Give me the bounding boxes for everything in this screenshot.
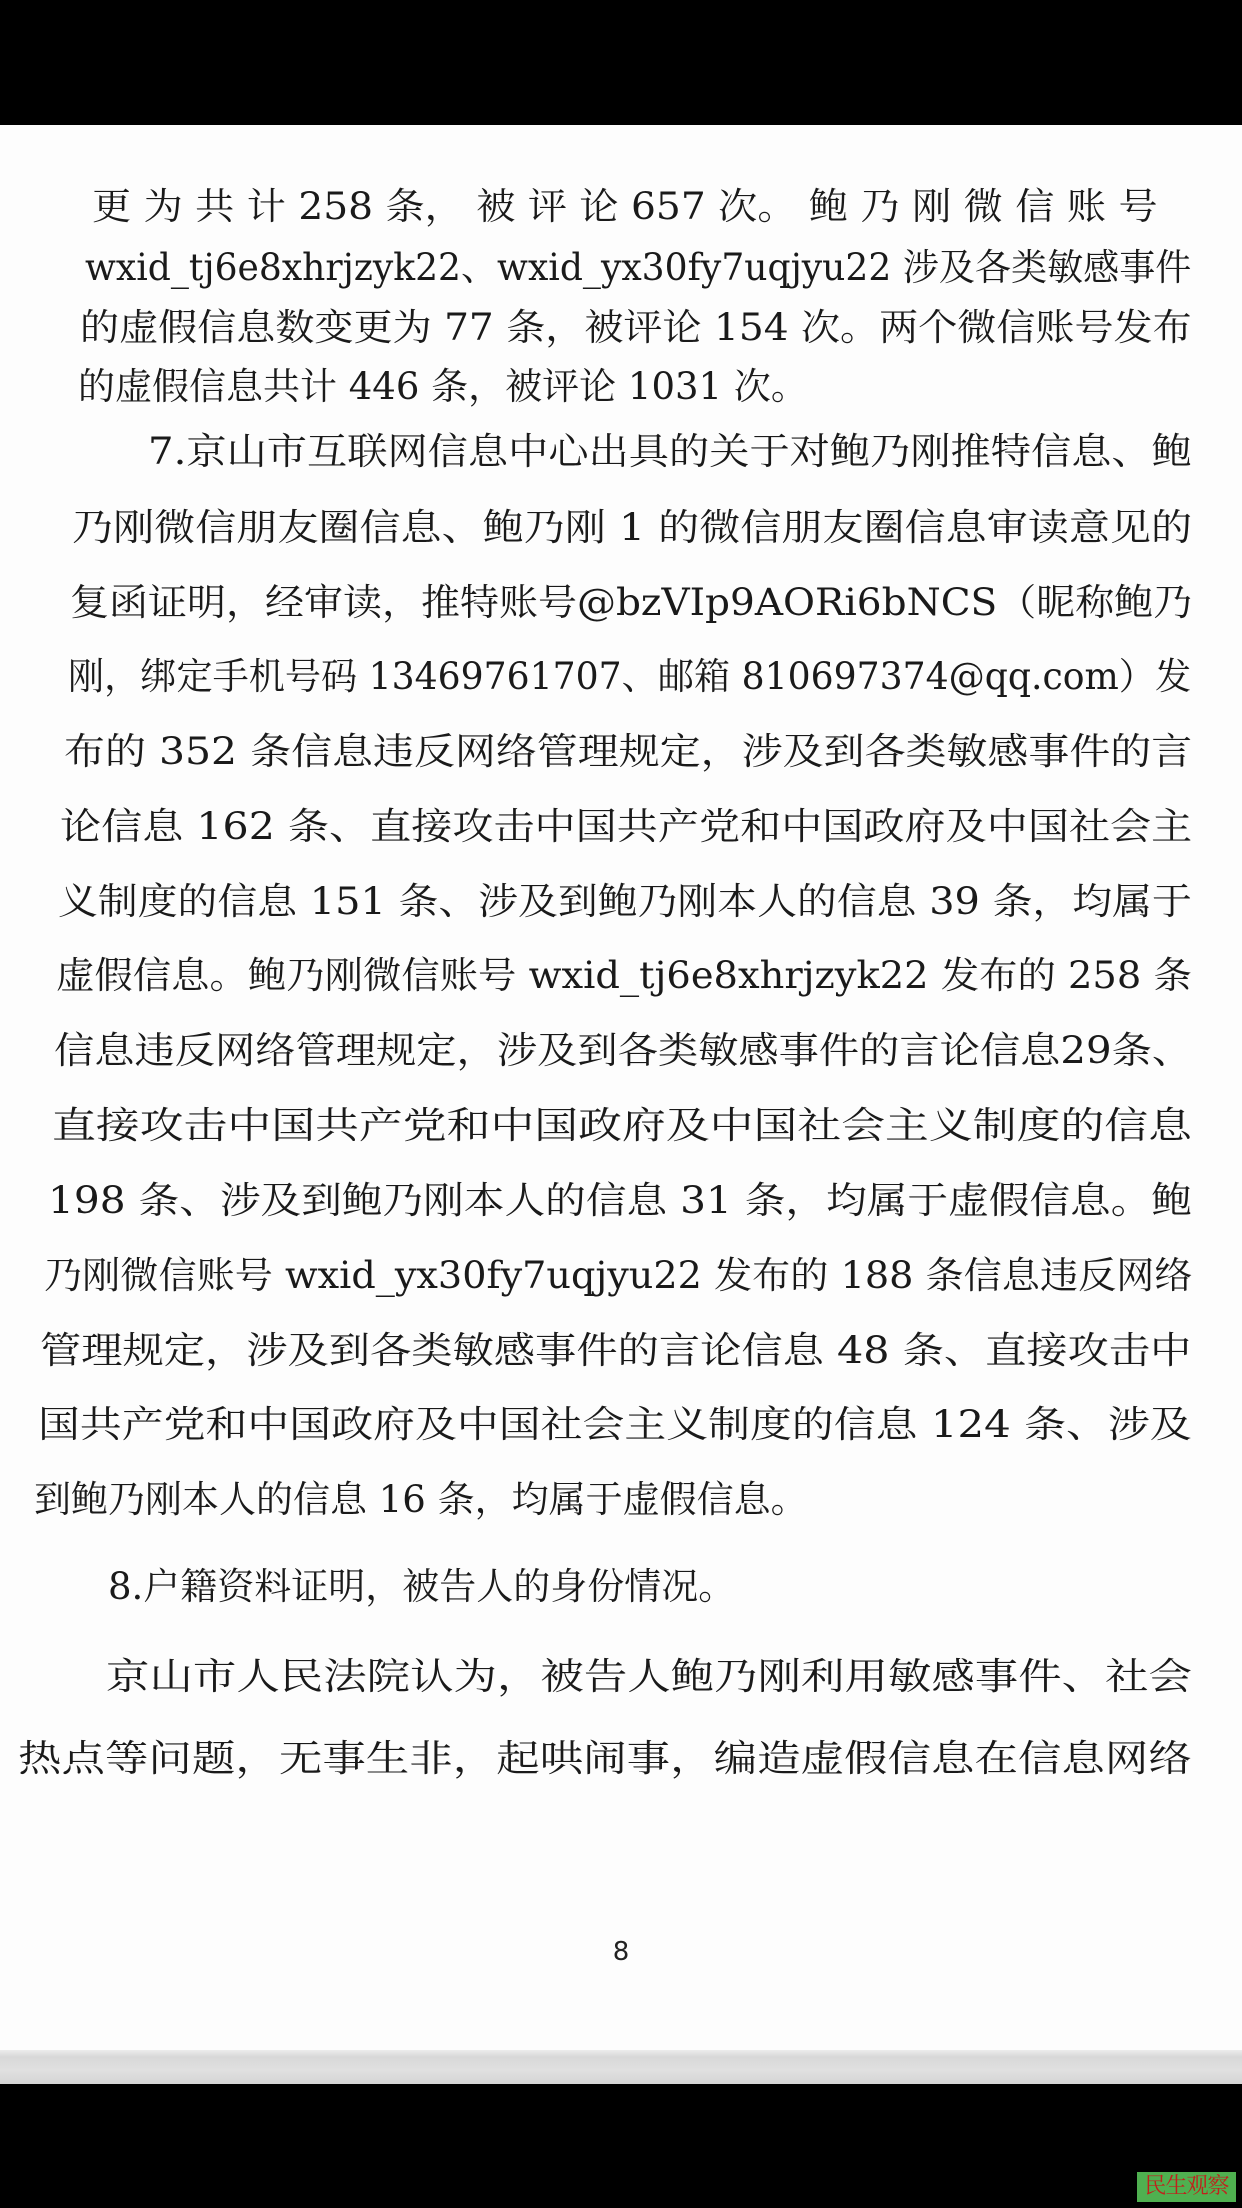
top-black-bar: [0, 0, 1242, 125]
text-line: 的虚假信息数变更为 77 条，被评论 154 次。两个微信账号发布: [80, 303, 1192, 353]
watermark-logo: 民生观察: [1137, 2172, 1236, 2202]
document-page[interactable]: 更 为 共 计 258 条， 被 评 论 657 次。 鲍 乃 刚 微 信 账 …: [0, 125, 1242, 2050]
text-line: 乃刚微信账号 wxid_yx30fy7uqjyu22 发布的 188 条信息违反…: [44, 1251, 1193, 1301]
text-line: 义制度的信息 151 条、涉及到鲍乃刚本人的信息 39 条，均属于: [58, 877, 1192, 927]
text-line: 8.户籍资料证明，被告人的身份情况。: [108, 1562, 735, 1612]
text-line: 京山市人民法院认为，被告人鲍乃刚利用敏感事件、社会: [106, 1652, 1192, 1702]
page-number: 8: [0, 1937, 1242, 1967]
text-line: 热点等问题，无事生非，起哄闹事，编造虚假信息在信息网络: [18, 1734, 1192, 1784]
text-line: 更 为 共 计 258 条， 被 评 论 657 次。 鲍 乃 刚 微 信 账 …: [92, 182, 1192, 232]
text-line: 国共产党和中国政府及中国社会主义制度的信息 124 条、涉及: [38, 1400, 1192, 1450]
text-line: 198 条、涉及到鲍乃刚本人的信息 31 条，均属于虚假信息。鲍: [48, 1176, 1192, 1226]
text-line: 管理规定，涉及到各类敏感事件的言论信息 48 条、直接攻击中: [40, 1326, 1191, 1376]
page-edge-shadow: [0, 2050, 1242, 2084]
text-line: 论信息 162 条、直接攻击中国共产党和中国政府及中国社会主: [60, 802, 1192, 852]
text-line: 的虚假信息共计 446 条，被评论 1031 次。: [78, 362, 808, 412]
text-line: 乃刚微信朋友圈信息、鲍乃刚 1 的微信朋友圈信息审读意见的: [72, 503, 1192, 553]
bottom-black-bar: [0, 2084, 1242, 2208]
text-line: 7.京山市互联网信息中心出具的关于对鲍乃刚推特信息、鲍: [148, 427, 1192, 477]
text-line: 复函证明，经审读，推特账号@bzVIp9AORi6bNCS（昵称鲍乃: [70, 578, 1192, 628]
text-line: wxid_tj6e8xhrjzyk22、wxid_yx30fy7uqjyu22 …: [85, 243, 1191, 293]
text-line: 到鲍乃刚本人的信息 16 条，均属于虚假信息。: [34, 1475, 808, 1525]
text-line: 虚假信息。鲍乃刚微信账号 wxid_tj6e8xhrjzyk22 发布的 258…: [56, 951, 1192, 1001]
text-line: 布的 352 条信息违反网络管理规定，涉及到各类敏感事件的言: [64, 727, 1192, 777]
text-line: 刚，绑定手机号码 13469761707、邮箱 810697374@qq.com…: [68, 652, 1191, 702]
text-line: 信息违反网络管理规定，涉及到各类敏感事件的言论信息29条、: [54, 1026, 1192, 1076]
text-line: 直接攻击中国共产党和中国政府及中国社会主义制度的信息: [52, 1101, 1192, 1151]
